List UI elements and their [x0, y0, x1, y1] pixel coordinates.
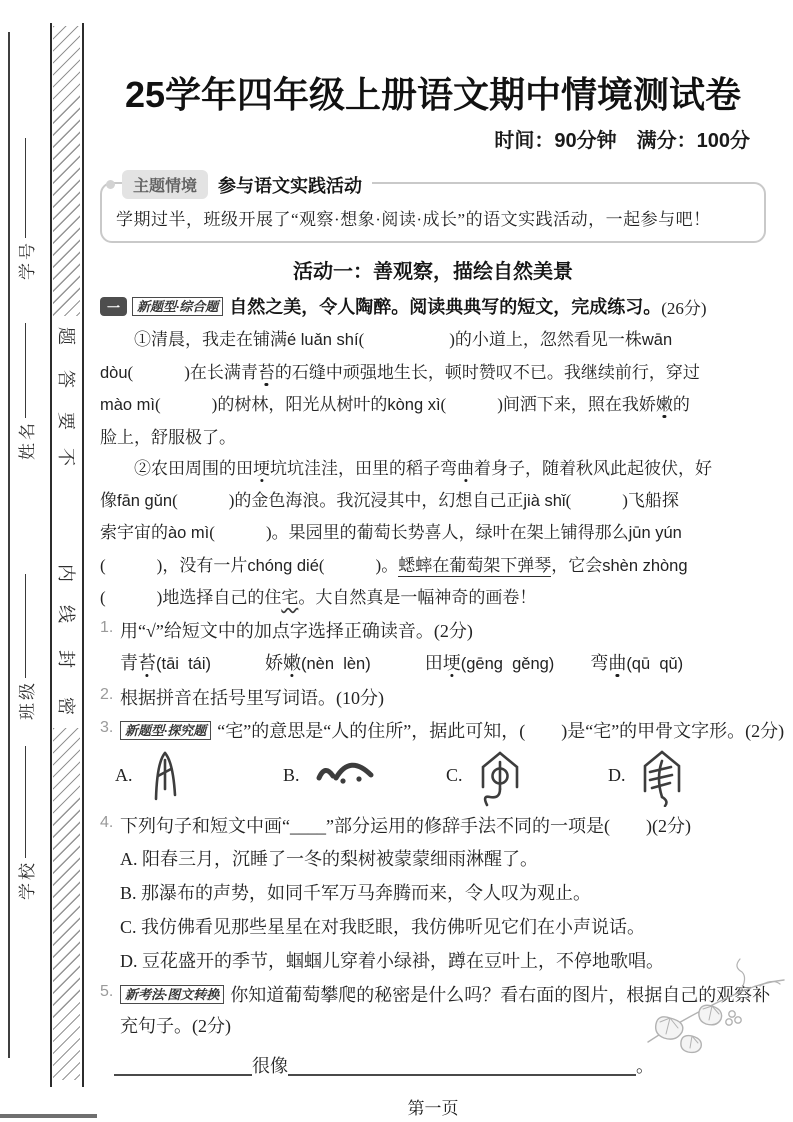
question-4: 4. 下列句子和短文中画“____”部分运用的修辞手法不同的一项是( )(2分)… — [100, 811, 766, 978]
student-id-blank[interactable] — [24, 138, 26, 238]
hatch-pattern-bottom — [53, 728, 80, 1080]
time-score-info: 时间：90分钟 满分：100分 — [100, 124, 766, 153]
main-content: 25学年四年级上册语文期中情境测试卷 时间：90分钟 满分：100分 主题情境 … — [100, 0, 766, 1119]
student-id-field: 学号 — [14, 138, 36, 280]
name-field: 姓名 — [14, 323, 36, 460]
question-stem: 新题型·探究题“宅”的意思是“人的住所”，据此可知，( )是“宅”的甲骨文字形。… — [120, 716, 784, 747]
paper-title: 25学年四年级上册语文期中情境测试卷 — [100, 74, 766, 115]
grape-vine-illustration — [640, 956, 790, 1065]
question-stem: 根据拼音在括号里写词语。(10分) — [120, 683, 766, 714]
passage-line: ①清晨，我走在铺满é luǎn shí( )的小道上，忽然看见一株wān — [100, 324, 766, 357]
seal-char: 封 — [54, 650, 80, 668]
section-title: 自然之美，令人陶醉。阅读典典写的短文，完成练习。 — [229, 293, 661, 319]
question-stem: 下列句子和短文中画“____”部分运用的修辞手法不同的一项是( )(2分) — [120, 811, 766, 842]
name-label: 姓名 — [13, 420, 38, 460]
school-blank[interactable] — [24, 746, 26, 858]
seal-char: 题 — [54, 327, 80, 345]
fill-mid-text: 很像 — [252, 1056, 288, 1076]
school-label: 学校 — [13, 860, 38, 900]
seal-char: 不 — [54, 448, 80, 466]
passage-line: dòu( )在长满青苔的石缝中顽强地生长，顿时赞叹不已。我继续前行，穿过 — [100, 357, 766, 390]
option-b: B. 那瀑布的声势，如同千军万马奔腾而来，令人叹为观止。 — [120, 876, 766, 910]
question-type-tag: 新题型·综合题 — [132, 297, 223, 316]
choice-c: C. — [446, 749, 523, 809]
option-c: C. 我仿佛看见那些星星在对我眨眼，我仿佛听见它们在小声说话。 — [120, 910, 766, 944]
reading-passage: ①清晨，我走在铺满é luǎn shí( )的小道上，忽然看见一株wāndòu(… — [100, 324, 766, 614]
question-stem: 用“√”给短文中的加点字选择正确读音。(2分) — [120, 616, 766, 647]
question-number: 1. — [100, 616, 120, 681]
pronunciation-options: 青苔(tāi tái) 娇嫩(nèn lèn) 田埂(gēng gěng) 弯曲… — [120, 647, 766, 681]
page-edge-line — [8, 32, 10, 1058]
passage-line: ②农田周围的田埂坑坑洼洼，田里的稻子弯曲着身子，随着秋风此起彼伏，好 — [100, 453, 766, 485]
school-field: 学校 — [14, 746, 36, 900]
section-number-badge: 一 — [100, 297, 127, 316]
answer-blank-1[interactable] — [114, 1052, 252, 1076]
choice-d: D. — [608, 749, 684, 807]
activity-heading: 活动一：善观察，描绘自然美景 — [100, 255, 766, 284]
bullet-dot-icon — [106, 180, 115, 189]
passage-line: ( )地选择自己的住宅。大自然真是一幅神奇的画卷！ — [100, 582, 766, 614]
answer-blank-2[interactable] — [288, 1052, 636, 1076]
question-type-tag: 新题型·探究题 — [120, 721, 211, 740]
seal-char: 密 — [54, 697, 80, 715]
oracle-script-choices: A. B. C. — [100, 749, 766, 809]
passage-line: 像fān gǔn( )的金色海浪。我沉浸其中，幻想自己正jià shǐ( )飞船… — [100, 485, 766, 518]
question-number: 5. — [100, 980, 120, 1042]
page-number: 第一页 — [100, 1094, 766, 1119]
theme-context-box: 主题情境 参与语文实践活动 学期过半，班级开展了“观察·想象·阅读·成长”的语文… — [100, 182, 766, 243]
oracle-glyph-d-icon — [640, 749, 684, 807]
seal-char: 要 — [54, 412, 80, 430]
question-1: 1. 用“√”给短文中的加点字选择正确读音。(2分) 青苔(tāi tái) 娇… — [100, 616, 766, 681]
class-field: 班级 — [14, 574, 36, 720]
theme-header: 主题情境 参与语文实践活动 — [106, 170, 372, 199]
oracle-glyph-a-icon — [147, 749, 183, 803]
seal-char: 内 — [54, 564, 80, 582]
section-score: (26分) — [661, 294, 706, 319]
seal-line-strip: 题 答 要 不 内 线 封 密 — [50, 23, 84, 1087]
class-blank[interactable] — [24, 574, 26, 678]
question-number: 2. — [100, 683, 120, 714]
question-3: 3. 新题型·探究题“宅”的意思是“人的住所”，据此可知，( )是“宅”的甲骨文… — [100, 716, 766, 747]
theme-heading: 参与语文实践活动 — [208, 172, 372, 198]
option-a: A. 阳春三月，沉睡了一冬的梨树被蒙蒙细雨淋醒了。 — [120, 842, 766, 876]
passage-line: ( )，没有一片chóng dié( )。蟋蟀在葡萄架下弹琴，它会shèn zh… — [100, 550, 766, 583]
oracle-glyph-c-icon — [477, 749, 523, 809]
theme-badge: 主题情境 — [122, 170, 208, 199]
question-number: 3. — [100, 716, 120, 747]
class-label: 班级 — [13, 680, 38, 720]
bottom-corner-mark — [0, 1114, 97, 1118]
passage-line: 脸上，舒服极了。 — [100, 422, 766, 454]
choice-a: A. — [115, 749, 183, 803]
seal-char: 线 — [54, 605, 80, 623]
passage-line: 索宇宙的ào mì( )。果园里的葡萄长势喜人，绿叶在架上铺得那么jūn yún — [100, 517, 766, 550]
theme-intro-text: 学期过半，班级开展了“观察·想象·阅读·成长”的语文实践活动，一起参与吧！ — [116, 205, 750, 230]
hatch-pattern-top — [53, 26, 80, 316]
question-number: 4. — [100, 811, 120, 978]
question-type-tag: 新考法·图文转换 — [120, 985, 224, 1004]
student-id-label: 学号 — [13, 240, 38, 280]
passage-line: mào mì( )的树林，阳光从树叶的kòng xì( )间洒下来，照在我娇嫩的 — [100, 389, 766, 422]
question-2: 2. 根据拼音在括号里写词语。(10分) — [100, 683, 766, 714]
seal-char: 答 — [54, 370, 80, 388]
name-blank[interactable] — [24, 323, 26, 418]
exam-paper-page: 学号 姓名 班级 学校 题 答 要 不 内 线 封 密 25学年四年级上册语文期… — [0, 0, 793, 1122]
section-one-header: 一 新题型·综合题 自然之美，令人陶醉。阅读典典写的短文，完成练习。 (26分) — [100, 293, 766, 319]
oracle-glyph-b-icon — [314, 749, 378, 789]
choice-b: B. — [283, 749, 378, 789]
